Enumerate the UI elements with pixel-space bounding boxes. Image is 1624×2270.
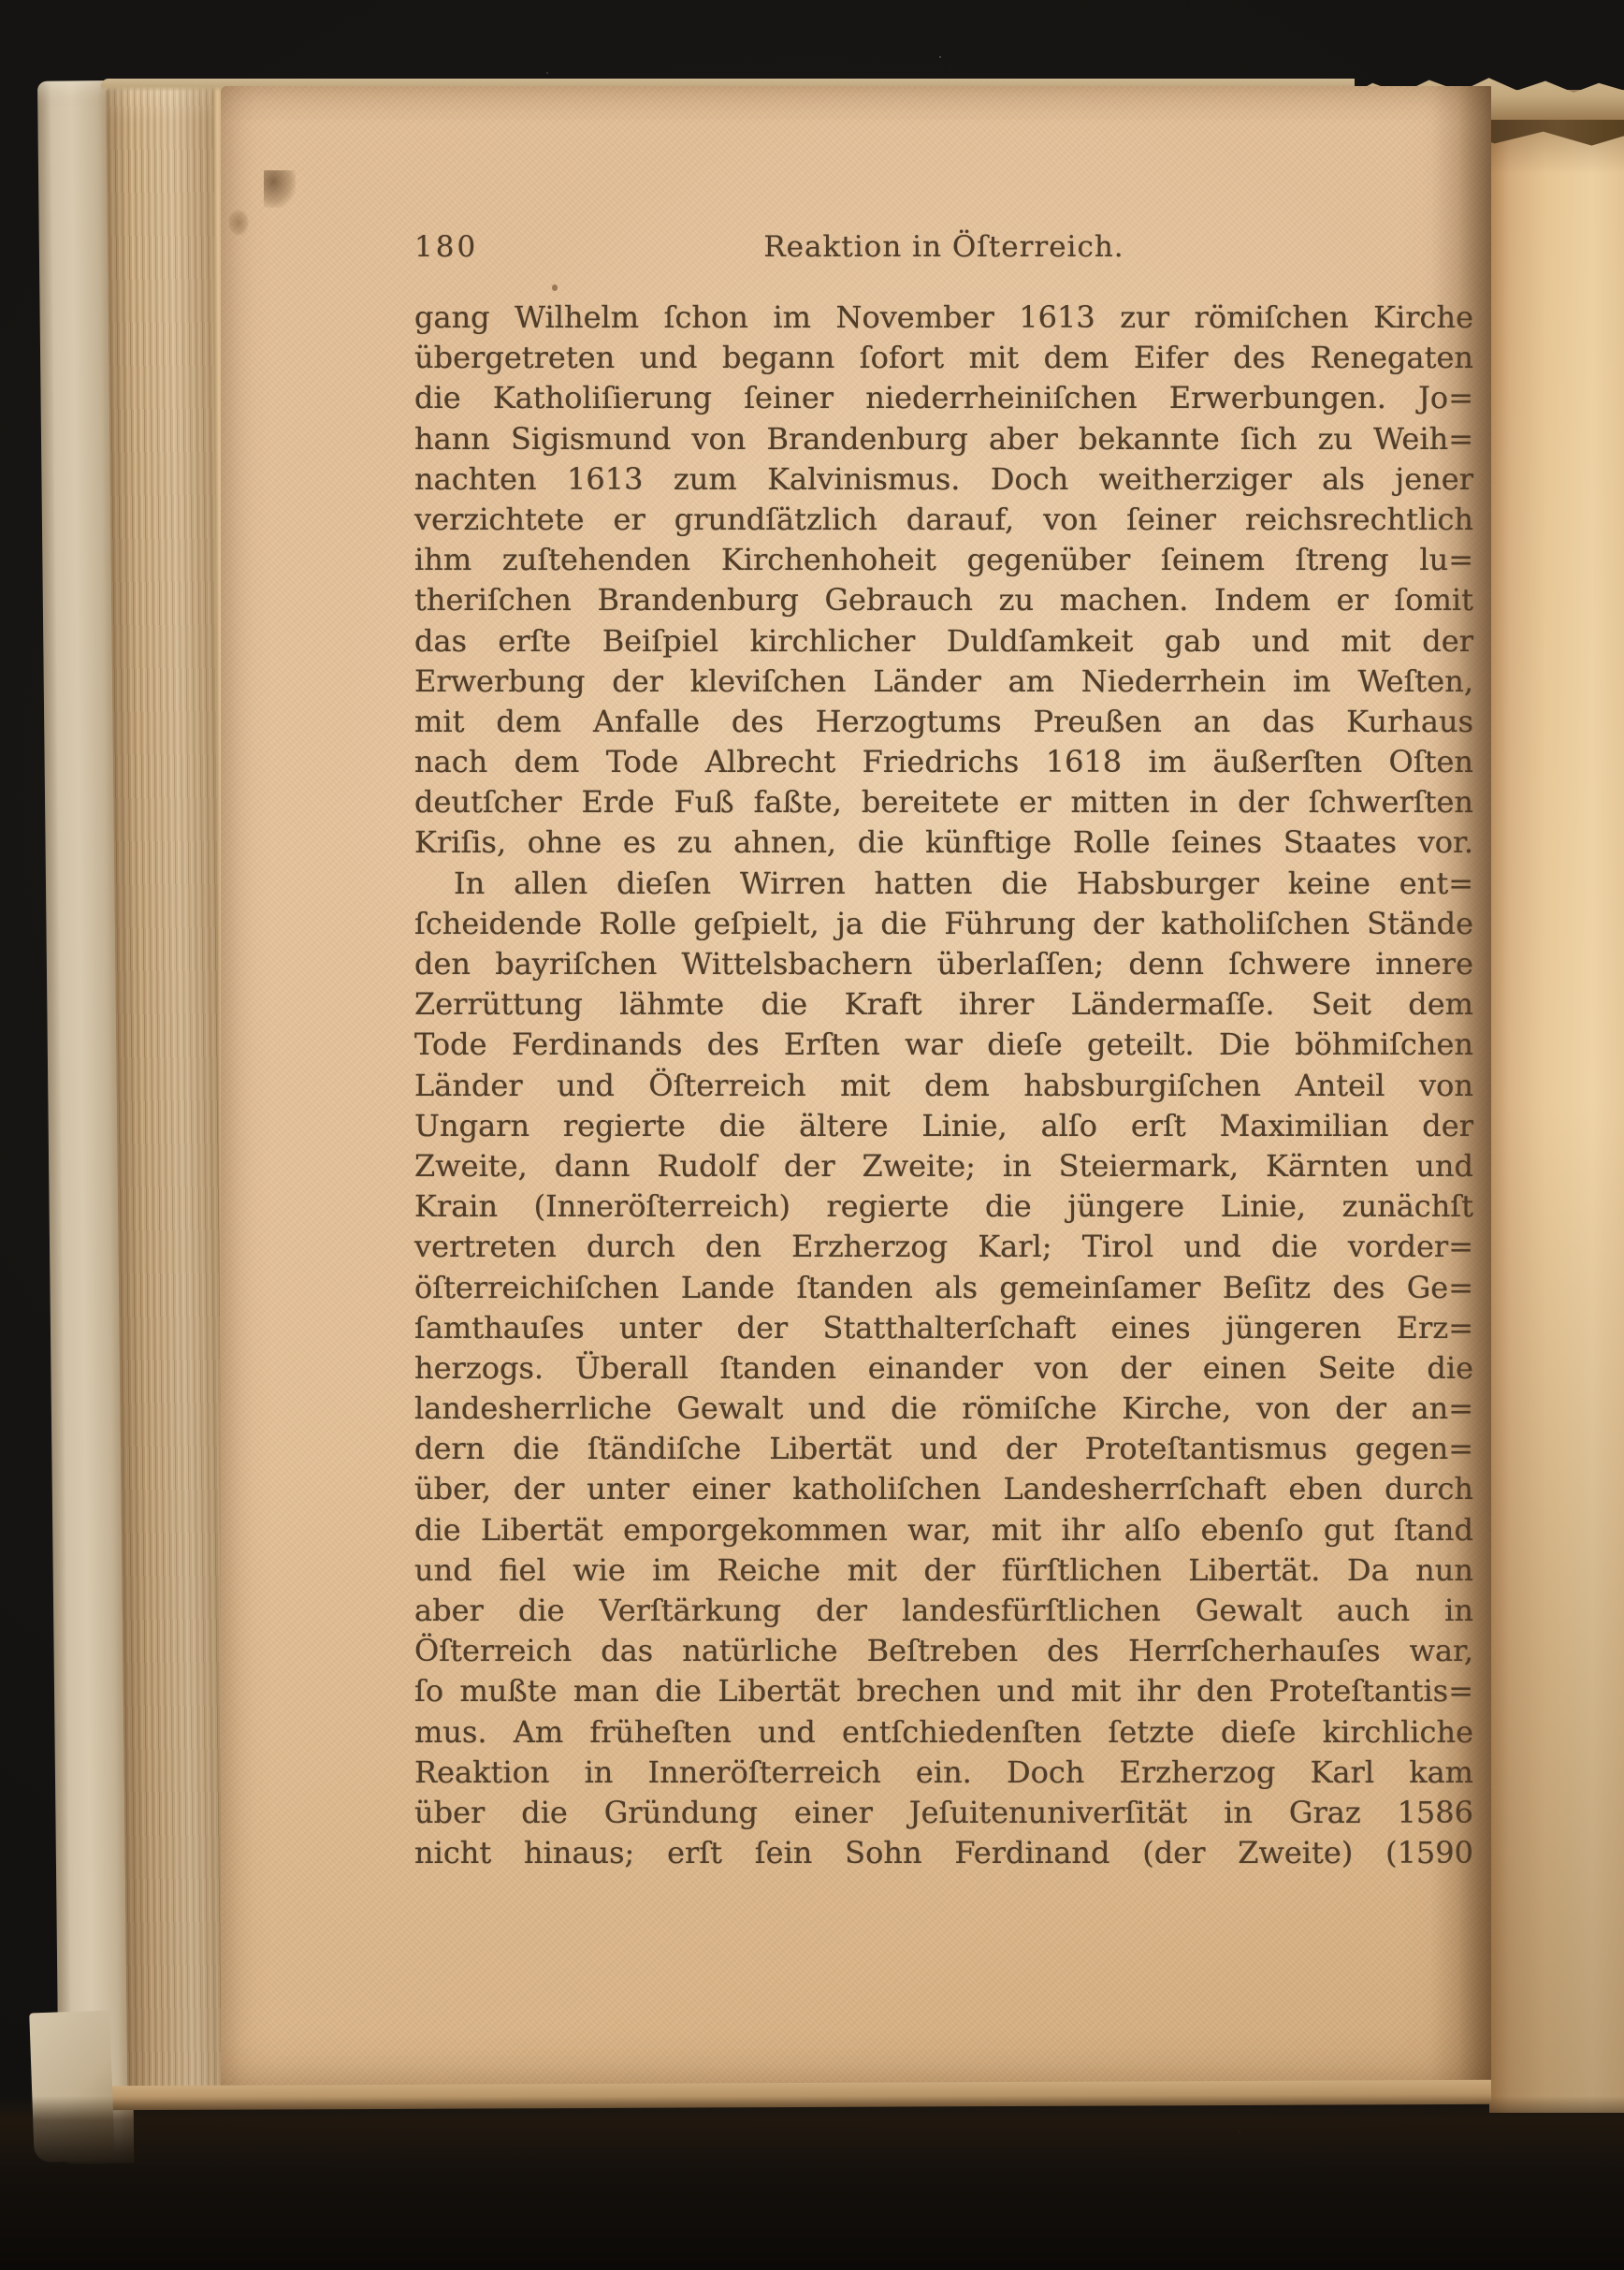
text-line: vertreten durch den Erzherzog Karl; Tiro… — [414, 1227, 1473, 1267]
text-line: Kriſis, ohne es zu ahnen, die künftige R… — [414, 822, 1473, 863]
gutter-shadow — [1431, 86, 1491, 2094]
text-line: landesherrliche Gewalt und die römiſche … — [414, 1389, 1473, 1429]
text-line: Reaktion in Inneröſterreich ein. Doch Er… — [414, 1753, 1473, 1793]
text-line: gang Wilhelm ſchon im November 1613 zur … — [414, 298, 1473, 338]
text-line: nicht hinaus; erſt ſein Sohn Ferdinand (… — [414, 1833, 1473, 1873]
text-line: mit dem Anfalle des Herzogtums Preußen a… — [414, 702, 1473, 742]
text-line: übergetreten und begann ſofort mit dem E… — [414, 338, 1473, 378]
text-line: Öſterreich das natürliche Beſtreben des … — [414, 1631, 1473, 1671]
text-line: das erſte Beiſpiel kirchlicher Duldſamke… — [414, 621, 1473, 662]
text-line: Zerrüttung lähmte die Kraft ihrer Länder… — [414, 984, 1473, 1025]
text-line: Erwerbung der kleviſchen Länder am Niede… — [414, 662, 1473, 702]
adjacent-page — [1489, 90, 1624, 2113]
text-line: öſterreichiſchen Lande ſtanden als gemei… — [414, 1268, 1473, 1308]
text-line: die Katholiſierung ſeiner niederrheiniſc… — [414, 378, 1473, 418]
text-line: über die Gründung einer Jeſuitenuniverſi… — [414, 1793, 1473, 1833]
paragraph: In allen dieſen Wirren hatten die Habsbu… — [414, 864, 1473, 1874]
ink-speck — [552, 284, 558, 291]
text-line: hann Sigismund von Brandenburg aber beka… — [414, 419, 1473, 459]
text-line: ſo mußte man die Libertät brechen und mi… — [414, 1671, 1473, 1711]
text-line: ihm zuſtehenden Kirchenhoheit gegenüber … — [414, 540, 1473, 580]
text-line: Krain (Inneröſterreich) regierte die jün… — [414, 1186, 1473, 1227]
header-title: Reaktion in Öſterreich. — [414, 230, 1473, 264]
photo-background: 180 Reaktion in Öſterreich. gang Wilhelm… — [0, 0, 1624, 2270]
corner-damage — [264, 170, 296, 208]
text-line: und fiel wie im Reiche mit der fürſtlich… — [414, 1550, 1473, 1591]
text-line: dern die ſtändiſche Libertät und der Pro… — [414, 1429, 1473, 1469]
text-line: über, der unter einer katholiſchen Lande… — [414, 1469, 1473, 1509]
text-line: verzichtete er grundſätzlich darauf, von… — [414, 500, 1473, 540]
text-line: nachten 1613 zum Kalvinismus. Doch weith… — [414, 459, 1473, 500]
text-line: In allen dieſen Wirren hatten die Habsbu… — [414, 864, 1473, 904]
text-line: Tode Ferdinands des Erſten war dieſe get… — [414, 1025, 1473, 1065]
page-bottom-shadow — [0, 2096, 1624, 2270]
running-header: 180 Reaktion in Öſterreich. — [414, 230, 1473, 271]
text-line: Zweite, dann Rudolf der Zweite; in Steie… — [414, 1146, 1473, 1186]
text-line: ſamthauſes unter der Statthalterſchaft e… — [414, 1308, 1473, 1348]
text-block: gang Wilhelm ſchon im November 1613 zur … — [414, 298, 1473, 1873]
text-line: ſcheidende Rolle geſpielt, ja die Führun… — [414, 904, 1473, 944]
text-line: herzogs. Überall ſtanden einander von de… — [414, 1348, 1473, 1389]
text-line: den bayriſchen Wittelsbachern überlaſſen… — [414, 944, 1473, 984]
text-line: Länder und Öſterreich mit dem habsburgiſ… — [414, 1066, 1473, 1106]
text-line: aber die Verſtärkung der landesfürſtlich… — [414, 1591, 1473, 1631]
text-line: mus. Am früheſten und entſchiedenſten ſe… — [414, 1712, 1473, 1753]
paragraph: gang Wilhelm ſchon im November 1613 zur … — [414, 298, 1473, 864]
text-line: theriſchen Brandenburg Gebrauch zu mache… — [414, 580, 1473, 620]
text-line: deutſcher Erde Fuß faßte, bereitete er m… — [414, 782, 1473, 822]
text-line: Ungarn regierte die ältere Linie, alſo e… — [414, 1106, 1473, 1146]
book-page: 180 Reaktion in Öſterreich. gang Wilhelm… — [221, 86, 1491, 2094]
text-line: nach dem Tode Albrecht Friedrichs 1618 i… — [414, 742, 1473, 782]
text-line: die Libertät emporgekommen war, mit ihr … — [414, 1510, 1473, 1550]
stain-spot — [228, 210, 249, 236]
